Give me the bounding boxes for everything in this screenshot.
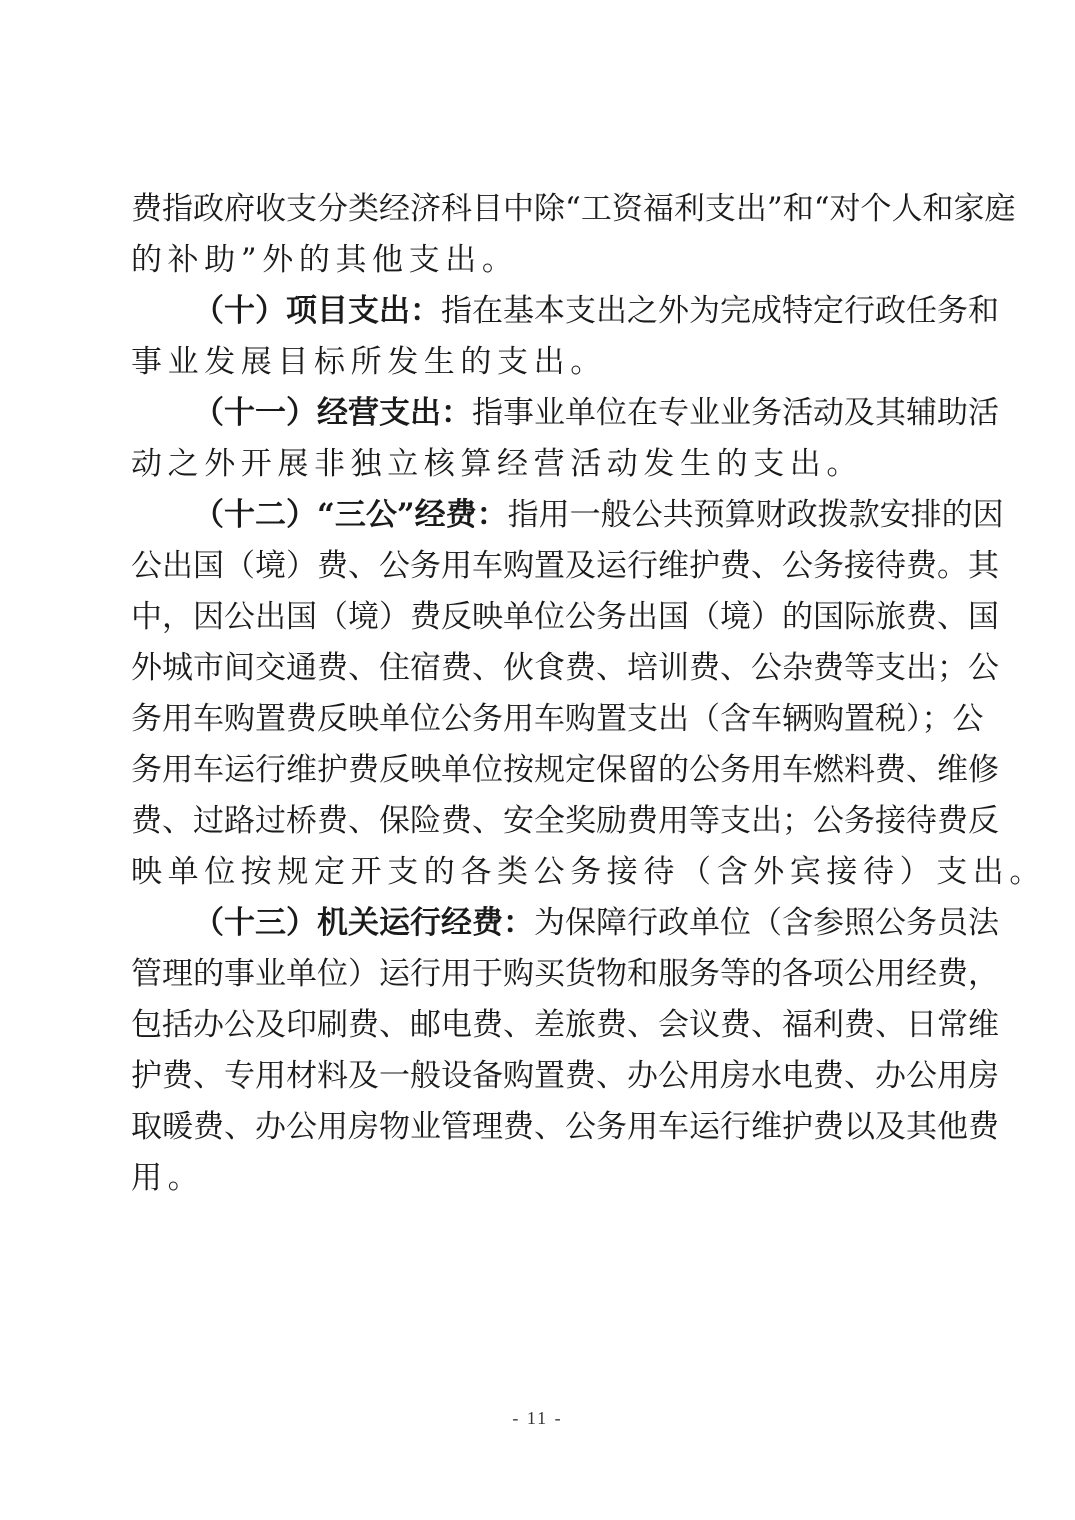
item-13-heading: （十三）机关运行经费： <box>193 905 534 941</box>
item-10-heading: （十）项目支出： <box>193 293 441 329</box>
item-10-first-line: （十）项目支出：指在基本支出之外为完成特定行政任务和 <box>193 291 946 331</box>
item-12-first-line: （十二）“三公”经费：指用一般公共预算财政拨款安排的因 <box>193 495 946 535</box>
paragraph-line: 用。 <box>131 1158 946 1198</box>
item-11-first-line: （十一）经营支出：指事业单位在专业业务活动及其辅助活 <box>193 393 946 433</box>
paragraph-line: 务用车购置费反映单位公务用车购置支出（含车辆购置税）；公 <box>131 699 946 739</box>
item-12-text: 指用一般公共预算财政拨款安排的因 <box>508 497 1004 533</box>
paragraph-line: 的补助”外的其他支出。 <box>131 240 946 280</box>
paragraph-line: 外城市间交通费、住宿费、伙食费、培训费、公杂费等支出；公 <box>131 648 946 688</box>
paragraph-line: 公出国（境）费、公务用车购置及运行维护费、公务接待费。其 <box>131 546 946 586</box>
paragraph-line: 映单位按规定开支的各类公务接待（含外宾接待）支出。 <box>131 852 946 892</box>
item-12-heading: （十二）“三公”经费： <box>193 497 508 533</box>
paragraph-line: 务用车运行维护费反映单位按规定保留的公务用车燃料费、维修 <box>131 750 946 790</box>
item-11-heading: （十一）经营支出： <box>193 395 472 431</box>
paragraph-line: 费指政府收支分类经济科目中除“工资福利支出”和“对个人和家庭 <box>131 189 946 229</box>
paragraph-line: 事业发展目标所发生的支出。 <box>131 342 946 382</box>
paragraph-line: 护费、专用材料及一般设备购置费、办公用房水电费、办公用房 <box>131 1056 946 1096</box>
paragraph-line: 动之外开展非独立核算经营活动发生的支出。 <box>131 444 946 484</box>
paragraph-line: 包括办公及印刷费、邮电费、差旅费、会议费、福利费、日常维 <box>131 1005 946 1045</box>
paragraph-line: 管理的事业单位）运行用于购买货物和服务等的各项公用经费， <box>131 954 946 994</box>
item-10-text: 指在基本支出之外为完成特定行政任务和 <box>441 293 999 329</box>
paragraph-line: 中，因公出国（境）费反映单位公务出国（境）的国际旅费、国 <box>131 597 946 637</box>
paragraph-line: 费、过路过桥费、保险费、安全奖励费用等支出；公务接待费反 <box>131 801 946 841</box>
page-number: - 11 - <box>0 1408 1075 1429</box>
document-page: 费指政府收支分类经济科目中除“工资福利支出”和“对个人和家庭 的补助”外的其他支… <box>0 0 1075 1520</box>
item-13-text: 为保障行政单位（含参照公务员法 <box>534 905 999 941</box>
item-13-first-line: （十三）机关运行经费：为保障行政单位（含参照公务员法 <box>193 903 946 943</box>
item-11-text: 指事业单位在专业业务活动及其辅助活 <box>472 395 999 431</box>
paragraph-line: 取暖费、办公用房物业管理费、公务用车运行维护费以及其他费 <box>131 1107 946 1147</box>
